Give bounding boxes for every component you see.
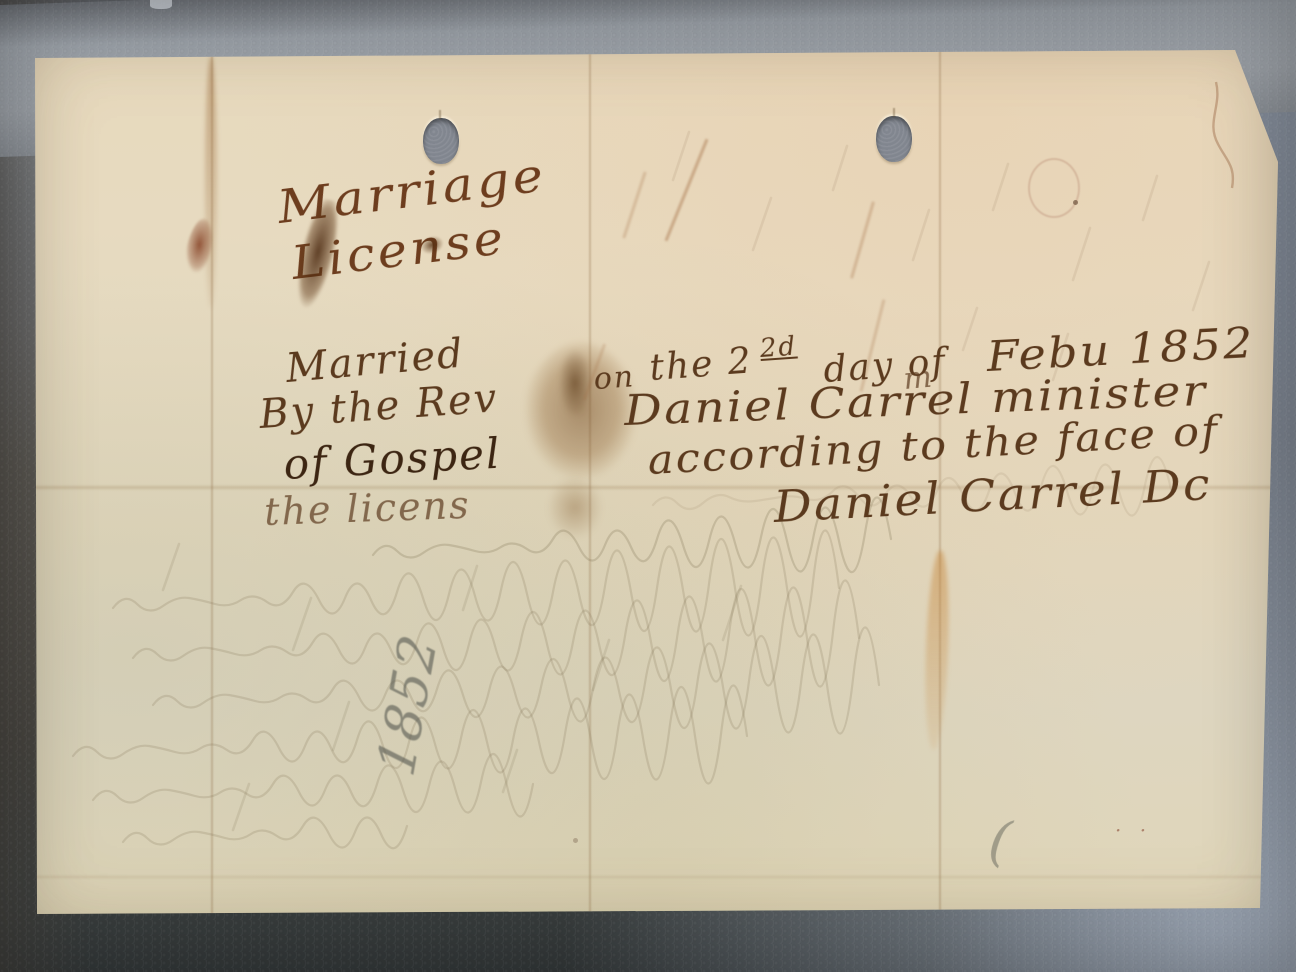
- punch-hole-right-tear: [893, 108, 895, 117]
- top-edge-notch: [150, 0, 172, 9]
- punch-hole-right: [876, 116, 912, 162]
- punch-hole-left: [423, 118, 459, 164]
- text-superscript-2d: 2d: [759, 331, 798, 364]
- photograph: Marriage License Married on the 2 2d day…: [0, 0, 1296, 972]
- document-paper: Marriage License Married on the 2 2d day…: [33, 50, 1279, 914]
- punch-hole-left-tear: [439, 110, 441, 119]
- dots-mark: · ·: [1115, 818, 1152, 842]
- text-the-licens: the licens: [263, 483, 471, 534]
